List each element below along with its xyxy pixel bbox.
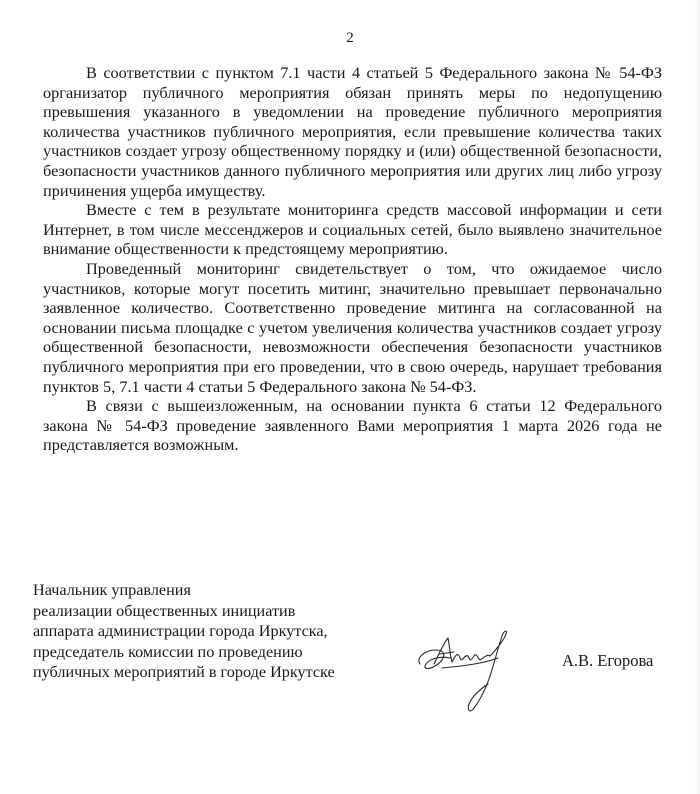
signer-name: А.В. Егорова	[562, 651, 653, 671]
paragraph-monitoring: Вместе с тем в результате мониторинга ср…	[43, 200, 662, 259]
signer-title-line: публичных мероприятий в городе Иркутске	[33, 662, 393, 683]
paragraph-conclusion: В связи с вышеизложенным, на основании п…	[43, 396, 662, 455]
paragraph-monitoring-results: Проведенный мониторинг свидетельствует о…	[43, 259, 662, 396]
signer-title-block: Начальник управления реализации обществе…	[33, 580, 393, 683]
signer-title-line: председатель комиссии по проведению	[33, 642, 393, 663]
page-number: 2	[0, 30, 700, 47]
signer-title-line: реализации общественных инициатив	[33, 601, 393, 622]
signer-title-line: Начальник управления	[33, 580, 393, 601]
handwritten-signature-icon	[412, 628, 522, 718]
paragraph-legal-basis: В соответствии с пунктом 7.1 части 4 ста…	[43, 63, 662, 200]
signer-title-line: аппарата администрации города Иркутска,	[33, 621, 393, 642]
letter-body: В соответствии с пунктом 7.1 части 4 ста…	[43, 63, 662, 455]
scan-edge	[694, 0, 700, 794]
